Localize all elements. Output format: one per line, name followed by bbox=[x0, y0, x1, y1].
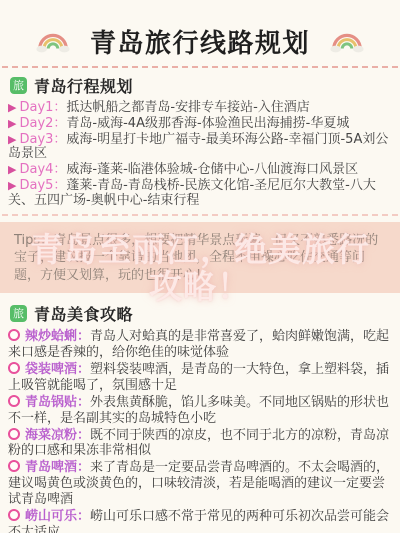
travel-note-page: 青岛旅行线路规划 旅 青岛行程规划 ▶Day1：抵达帆船之都青岛-安排专车接站-… bbox=[0, 0, 400, 533]
triangle-bullet-icon: ▶ bbox=[8, 101, 16, 114]
dashed-divider bbox=[2, 214, 398, 216]
travel-badge-icon: 旅 bbox=[10, 77, 27, 94]
ring-bullet-icon bbox=[8, 329, 20, 341]
day-row: ▶Day3：威海-明星打卡地广福寺-最美环海公路-幸福门顶-5A刘公岛景区 bbox=[8, 133, 392, 163]
page-title: 青岛旅行线路规划 bbox=[90, 23, 310, 60]
travel-badge-icon: 旅 bbox=[10, 305, 27, 322]
ring-bullet-icon bbox=[8, 362, 20, 374]
page-header: 青岛旅行线路规划 bbox=[0, 0, 400, 63]
day-label: Day4： bbox=[19, 162, 66, 177]
food-item: 青岛锅贴：外表焦黄酥脆，馅儿多味美。不同地区锅贴的形状也不一样，是名副其实的岛城… bbox=[8, 395, 392, 427]
ring-bullet-icon bbox=[8, 509, 20, 521]
day-row: ▶Day5：蓬莱-青岛-青岛栈桥-民族文化馆-圣尼厄尔大教堂-八大关、五四广场-… bbox=[8, 179, 392, 209]
tips-box: Tips：青岛景点很多，想要把精华景点玩遍，但又不熟悉路况的宝子，建议报一个靠谱… bbox=[0, 222, 400, 294]
day-label: Day5： bbox=[19, 178, 66, 193]
food-name: 青岛锅贴： bbox=[25, 395, 90, 410]
food-name: 青岛啤酒： bbox=[25, 460, 90, 475]
food-name: 海菜凉粉： bbox=[25, 428, 90, 443]
food-item: 袋装啤酒：塑料袋装啤酒，是青岛的一大特色，拿上塑料袋，插上吸管就能喝了，氛围感十… bbox=[8, 362, 392, 394]
food-item: 崂山可乐：崂山可乐口感不常于常见的两种可乐初次品尝可能会不太适应 bbox=[8, 509, 392, 533]
day-label: Day3： bbox=[19, 132, 66, 147]
day-row: ▶Day4：威海-蓬莱-临港体验城-仓储中心-八仙渡海口风景区 bbox=[8, 163, 392, 178]
itinerary-section-title: 青岛行程规划 bbox=[34, 74, 133, 97]
day-label: Day1： bbox=[19, 100, 66, 115]
ring-bullet-icon bbox=[8, 428, 20, 440]
food-name: 崂山可乐： bbox=[25, 509, 90, 524]
day-text: 抵达帆船之都青岛-安排专车接站-入住酒店 bbox=[66, 100, 309, 115]
triangle-bullet-icon: ▶ bbox=[8, 179, 16, 192]
dashed-divider bbox=[2, 66, 398, 68]
ring-bullet-icon bbox=[8, 395, 20, 407]
day-row: ▶Day2：青岛-威海-4A级那香海-体验渔民出海捕捞-华夏城 bbox=[8, 117, 392, 132]
day-row: ▶Day1：抵达帆船之都青岛-安排专车接站-入住酒店 bbox=[8, 101, 392, 116]
rainbow-icon bbox=[36, 28, 70, 54]
food-item: 青岛啤酒：来了青岛是一定要品尝青岛啤酒的。不太会喝酒的，建议喝黄色或淡黄色的，口… bbox=[8, 460, 392, 508]
triangle-bullet-icon: ▶ bbox=[8, 163, 16, 176]
triangle-bullet-icon: ▶ bbox=[8, 117, 16, 130]
tips-label: Tips： bbox=[14, 233, 53, 248]
day-text: 威海-蓬莱-临港体验城-仓储中心-八仙渡海口风景区 bbox=[66, 162, 358, 177]
day-text: 青岛-威海-4A级那香海-体验渔民出海捕捞-华夏城 bbox=[66, 116, 349, 131]
food-list: 辣炒蛤蜊：青岛人对蛤真的是非常喜爱了，蛤肉鲜嫩饱满，吃起来口感是香辣的，给你绝佳… bbox=[0, 327, 400, 533]
food-name: 袋装啤酒： bbox=[25, 362, 90, 377]
triangle-bullet-icon: ▶ bbox=[8, 133, 16, 146]
ring-bullet-icon bbox=[8, 460, 20, 472]
food-item: 辣炒蛤蜊：青岛人对蛤真的是非常喜爱了，蛤肉鲜嫩饱满，吃起来口感是香辣的，给你绝佳… bbox=[8, 329, 392, 361]
tips-text: 青岛景点很多，想要把精华景点玩遍，但又不熟悉路况的宝子，建议报一个靠谱的当地团，… bbox=[14, 233, 378, 283]
day-list: ▶Day1：抵达帆船之都青岛-安排专车接站-入住酒店 ▶Day2：青岛-威海-4… bbox=[0, 99, 400, 209]
food-item: 海菜凉粉：既不同于陕西的凉皮，也不同于北方的凉粉，青岛凉粉的口感和果冻非常相似 bbox=[8, 428, 392, 460]
food-section-header: 旅 青岛美食攻略 bbox=[0, 299, 400, 327]
day-text: 威海-明星打卡地广福寺-最美环海公路-幸福门顶-5A刘公岛景区 bbox=[8, 132, 388, 162]
rainbow-icon bbox=[330, 28, 364, 54]
day-label: Day2： bbox=[19, 116, 66, 131]
food-name: 辣炒蛤蜊： bbox=[25, 329, 90, 344]
food-section-title: 青岛美食攻略 bbox=[34, 302, 133, 325]
itinerary-section-header: 旅 青岛行程规划 bbox=[0, 71, 400, 99]
